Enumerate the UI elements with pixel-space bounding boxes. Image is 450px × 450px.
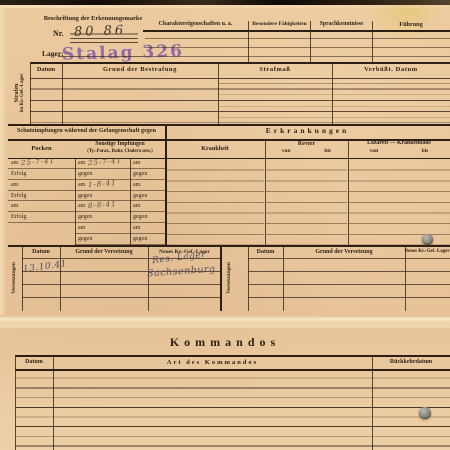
impfung-label: gegen: [78, 193, 92, 199]
erkennungsmarke-title: Beschriftung der Erkennungsmarke: [38, 15, 148, 22]
impfung-cell: Erfolg: [8, 191, 75, 202]
kommandos-border: [15, 355, 16, 450]
assessment-divider: [310, 21, 311, 62]
assessment-row-rules: [145, 30, 450, 61]
impfung-cell: am: [130, 158, 165, 169]
nr-label: Nr.: [53, 29, 71, 38]
impfung-cell: am8-8-41: [75, 201, 130, 212]
impfung-label: am: [133, 182, 140, 188]
versetzungen-side-label: Versetzungen: [223, 252, 235, 304]
impfung-label: gegen: [133, 171, 147, 177]
impfung-label: Erfolg: [11, 171, 26, 177]
impfung-label: am: [133, 225, 140, 231]
bis-label: bis: [422, 148, 429, 154]
strafen-subrow-rules: [219, 78, 450, 123]
revier-col-header: Revier: [265, 140, 348, 147]
erkrankungen-header: Erkrankungen: [165, 127, 450, 136]
impfung-cell: am: [130, 223, 165, 234]
kommandos-row-rules: [15, 369, 450, 450]
kommandos-title: Kommandos: [0, 336, 450, 350]
strafen-col-verbuesst: Verbüßt. Datum: [332, 66, 450, 73]
impfung-label: Erfolg: [11, 193, 26, 199]
strafen-divider: [218, 62, 219, 124]
nr-handwritten-value: 80 86: [74, 23, 127, 40]
impfung-label: am: [78, 225, 85, 231]
strafen-divider: [332, 62, 333, 124]
strafen-col-strafmass: Strafmaß: [218, 66, 332, 73]
impfung-cell: am: [75, 223, 130, 234]
impfung-cell: am: [8, 201, 75, 212]
lazarett-col-header: Lazarett — Krankenhaus: [348, 140, 450, 147]
assessment-divider: [248, 21, 249, 62]
versetzungen-half-divider: [220, 246, 222, 311]
strafen-side-label: Strafen im Kr.-Gef.-Lager: [10, 64, 28, 122]
impfung-label: gegen: [133, 193, 147, 199]
krankheit-row-rules: [166, 160, 264, 245]
stamp-strike-line: [58, 56, 145, 57]
impfung-label: am: [11, 160, 18, 166]
impfung-cell: gegen: [130, 234, 165, 245]
sprachkenntnisse-header: Sprachkenntnisse: [312, 21, 371, 28]
strafen-col-grund: Grund der Bestrafung: [62, 66, 218, 73]
strafen-top-rule: [30, 62, 450, 64]
scan-top-edge-highlight: [0, 5, 450, 8]
impfung-cell: gegen: [130, 191, 165, 202]
impfung-cell: [8, 234, 75, 245]
lazarett-row-rules: [349, 160, 450, 245]
impfung-label: am: [78, 203, 85, 209]
impfung-cell: am: [8, 180, 75, 191]
charakter-header: Charaktereigenschaften u. a.: [145, 21, 246, 28]
impfung-cell: Erfolg: [8, 212, 75, 223]
impfung-label: am: [11, 182, 18, 188]
strafen-side-label-line2: im Kr.-Gef.-Lager: [20, 74, 25, 113]
impfung-label: gegen: [133, 236, 147, 242]
impfungen-table: am25-7-41 am25-7-41 am Erfolg gegen gege…: [8, 158, 165, 245]
faehigkeiten-header: Besondere Fähigkeiten: [250, 21, 309, 27]
impfung-cell: gegen: [130, 169, 165, 180]
impfung-handwriting: 1-8-41: [88, 178, 117, 190]
pow-record-card-scan: Beschriftung der Erkennungsmarke Nr. 80 …: [0, 0, 450, 450]
card-left-edge: [0, 5, 7, 317]
impfung-cell: Erfolg: [8, 169, 75, 180]
strafen-bottom-rule: [8, 124, 450, 126]
sonstige-col-subheader: (Ty.-Parat., Ruhr, Cholera usw.): [76, 149, 164, 155]
von-label: von: [370, 148, 379, 154]
strafen-border: [30, 62, 31, 124]
impfung-label: Erfolg: [11, 214, 26, 220]
lazarett-von-bis: von bis: [348, 148, 450, 154]
impfung-label: gegen: [133, 214, 147, 220]
kommandos-divider: [372, 355, 373, 450]
pocken-col-header: Pocken: [8, 145, 75, 152]
impfung-cell: am1-8-41: [75, 180, 130, 191]
impfung-handwriting: 25-7-41: [88, 156, 123, 168]
versetzungen-border: [22, 246, 23, 311]
impfung-handwriting: 8-8-41: [88, 199, 117, 211]
impfung-cell: gegen: [130, 212, 165, 223]
versetzungen-row-rules: [248, 246, 450, 299]
impfungen-header: Schutzimpfungen während der Gefangenscha…: [8, 128, 165, 135]
impfung-cell: am25-7-41: [75, 158, 130, 169]
impfung-label: gegen: [78, 214, 92, 220]
krankheit-col-header: Krankheit: [165, 145, 265, 152]
versetzungen-side-label-text: Versetzungen: [11, 262, 17, 294]
impfung-cell: am25-7-41: [8, 158, 75, 169]
impfung-cell: gegen: [75, 234, 130, 245]
hole-punch: [422, 234, 433, 245]
impfung-handwriting: 25-7-41: [21, 156, 56, 168]
impfungen-divider: [75, 158, 76, 245]
versetzungen-border: [248, 246, 249, 311]
assessment-divider: [372, 21, 373, 62]
impfung-label: gegen: [78, 171, 92, 177]
fuehrung-header: Führung: [374, 21, 448, 28]
versetzungen-divider: [60, 246, 61, 311]
impfung-label: am: [78, 160, 85, 166]
versetzungen-side-label-text: Versetzungen: [226, 262, 232, 294]
kommandos-col-rueckkehr: Rückkehrdatum: [372, 359, 450, 366]
impfung-cell: am: [130, 201, 165, 212]
sonstige-col-header: Sonstige Impfungen: [76, 141, 164, 148]
versetzungen-side-label: Versetzungen: [8, 252, 20, 304]
kommandos-col-art: Art des Kommandos: [53, 359, 372, 366]
strafen-col-datum: Datum: [30, 66, 62, 73]
versetzungen-divider: [405, 246, 406, 311]
impfung-cell: gegen: [75, 212, 130, 223]
impfung-cell: am: [130, 180, 165, 191]
kommandos-top-rule: [15, 355, 450, 357]
impfung-cell: [8, 223, 75, 234]
strafen-divider: [62, 62, 63, 124]
impfung-label: gegen: [78, 236, 92, 242]
impfungen-divider: [130, 158, 131, 245]
kommandos-col-datum: Datum: [15, 359, 53, 366]
impfung-label: am: [133, 203, 140, 209]
hole-punch: [419, 407, 431, 419]
impfung-label: am: [133, 160, 140, 166]
impfung-label: am: [78, 182, 85, 188]
card-seam: [0, 315, 450, 328]
revier-row-rules: [266, 160, 347, 245]
impfung-label: am: [11, 203, 18, 209]
von-label: von: [282, 148, 291, 154]
bis-label: bis: [324, 148, 331, 154]
kommandos-divider: [53, 355, 54, 450]
versetzungen-divider: [283, 246, 284, 311]
revier-von-bis: von bis: [265, 148, 348, 154]
